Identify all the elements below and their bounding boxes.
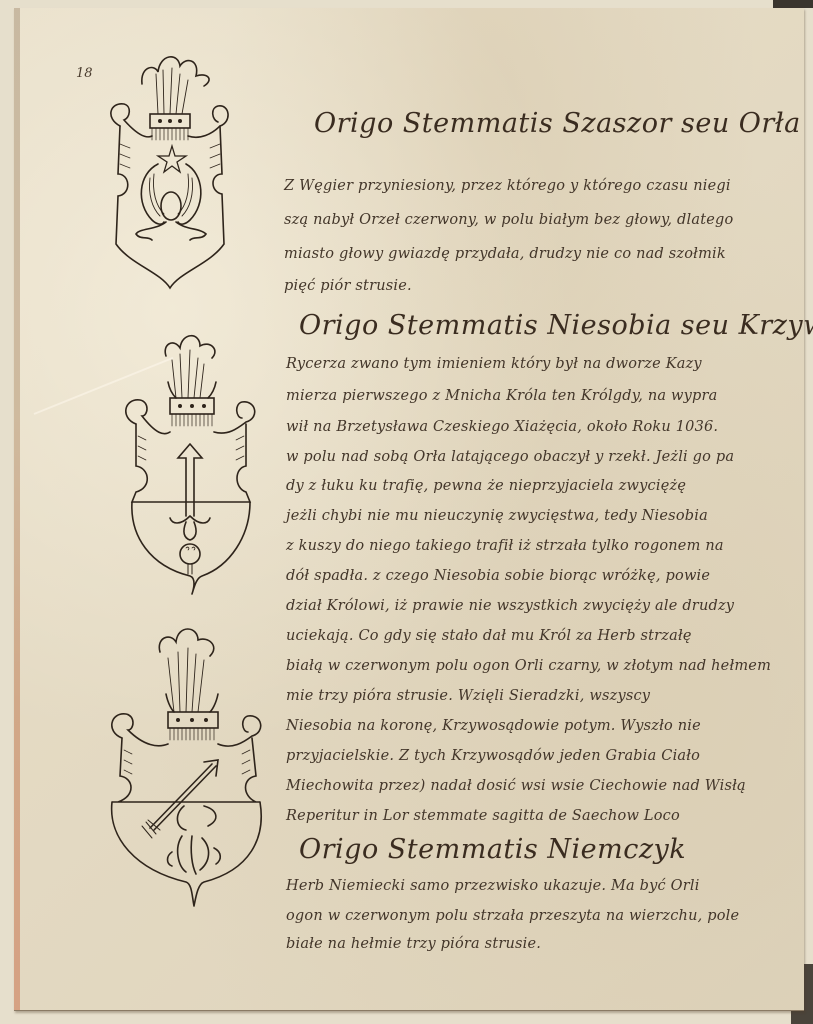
text-line: przyjacielskie. Z tych Krzywosądów jeden…: [286, 748, 700, 764]
scanner-edge-top: [773, 0, 813, 8]
text-line: mie trzy pióra strusie. Wzięli Sieradzki…: [286, 688, 650, 704]
text-line: dy z łuku ku trafię, pewna że nieprzyjac…: [286, 478, 686, 494]
text-line: w polu nad sobą Orła latającego obaczył …: [286, 449, 734, 465]
text-line: pięć piór strusie.: [284, 278, 412, 294]
text-line: Reperitur in Lor stemmate sagitta de Sae…: [286, 808, 680, 824]
section-heading-szaszor: Origo Stemmatis Szaszor seu Orła: [314, 108, 801, 139]
coat-of-arms-szaszor-icon: [100, 44, 240, 306]
text-line: ogon w czerwonym polu strzała przeszyta …: [286, 908, 739, 924]
text-line: z kuszy do niego takiego trafił iż strza…: [286, 538, 724, 554]
coat-of-arms-szaszor: [100, 44, 240, 306]
text-line: szą nabył Orzeł czerwony, w polu białym …: [284, 212, 733, 228]
text-line: uciekają. Co gdy się stało dał mu Król z…: [286, 628, 692, 644]
manuscript-page: 18: [14, 8, 804, 1011]
coat-of-arms-niesobia: [110, 326, 272, 596]
text-line: białą w czerwonym polu ogon Orli czarny,…: [286, 658, 771, 674]
text-line: wił na Brzetysława Czeskiego Xiażęcia, o…: [286, 419, 718, 435]
text-line: jeżli chybi nie mu nieuczynię zwycięstwa…: [286, 508, 708, 524]
text-line: Z Węgier przyniesiony, przez którego y k…: [284, 178, 731, 194]
text-line: Niesobia na koronę, Krzywosądowie potym.…: [286, 718, 701, 734]
coat-of-arms-niemczyk: [100, 616, 280, 911]
section-heading-niemczyk: Origo Stemmatis Niemczyk: [299, 834, 686, 865]
text-line: mierza pierwszego z Mnicha Króla ten Kró…: [286, 388, 717, 404]
section-heading-niesobia: Origo Stemmatis Niesobia seu Krzywosąd: [299, 310, 813, 341]
text-line: dół spadła. z czego Niesobia sobie biorą…: [286, 568, 710, 584]
text-line: Miechowita przez) nadał dosić wsi wsie C…: [286, 778, 746, 794]
page-number: 18: [76, 66, 93, 81]
coat-of-arms-niesobia-icon: [110, 326, 272, 596]
text-line: Rycerza zwano tym imieniem który był na …: [286, 356, 702, 372]
text-line: Herb Niemiecki samo przezwisko ukazuje. …: [286, 878, 700, 894]
text-line: miasto głowy gwiazdę przydała, drudzy ni…: [284, 246, 726, 262]
text-line: dział Królowi, iż prawie nie wszystkich …: [286, 598, 734, 614]
scanned-manuscript: 18: [0, 0, 813, 1024]
coat-of-arms-niemczyk-icon: [100, 616, 280, 911]
text-line: białe na hełmie trzy pióra strusie.: [286, 936, 541, 952]
page-edge-stain: [14, 8, 20, 1010]
